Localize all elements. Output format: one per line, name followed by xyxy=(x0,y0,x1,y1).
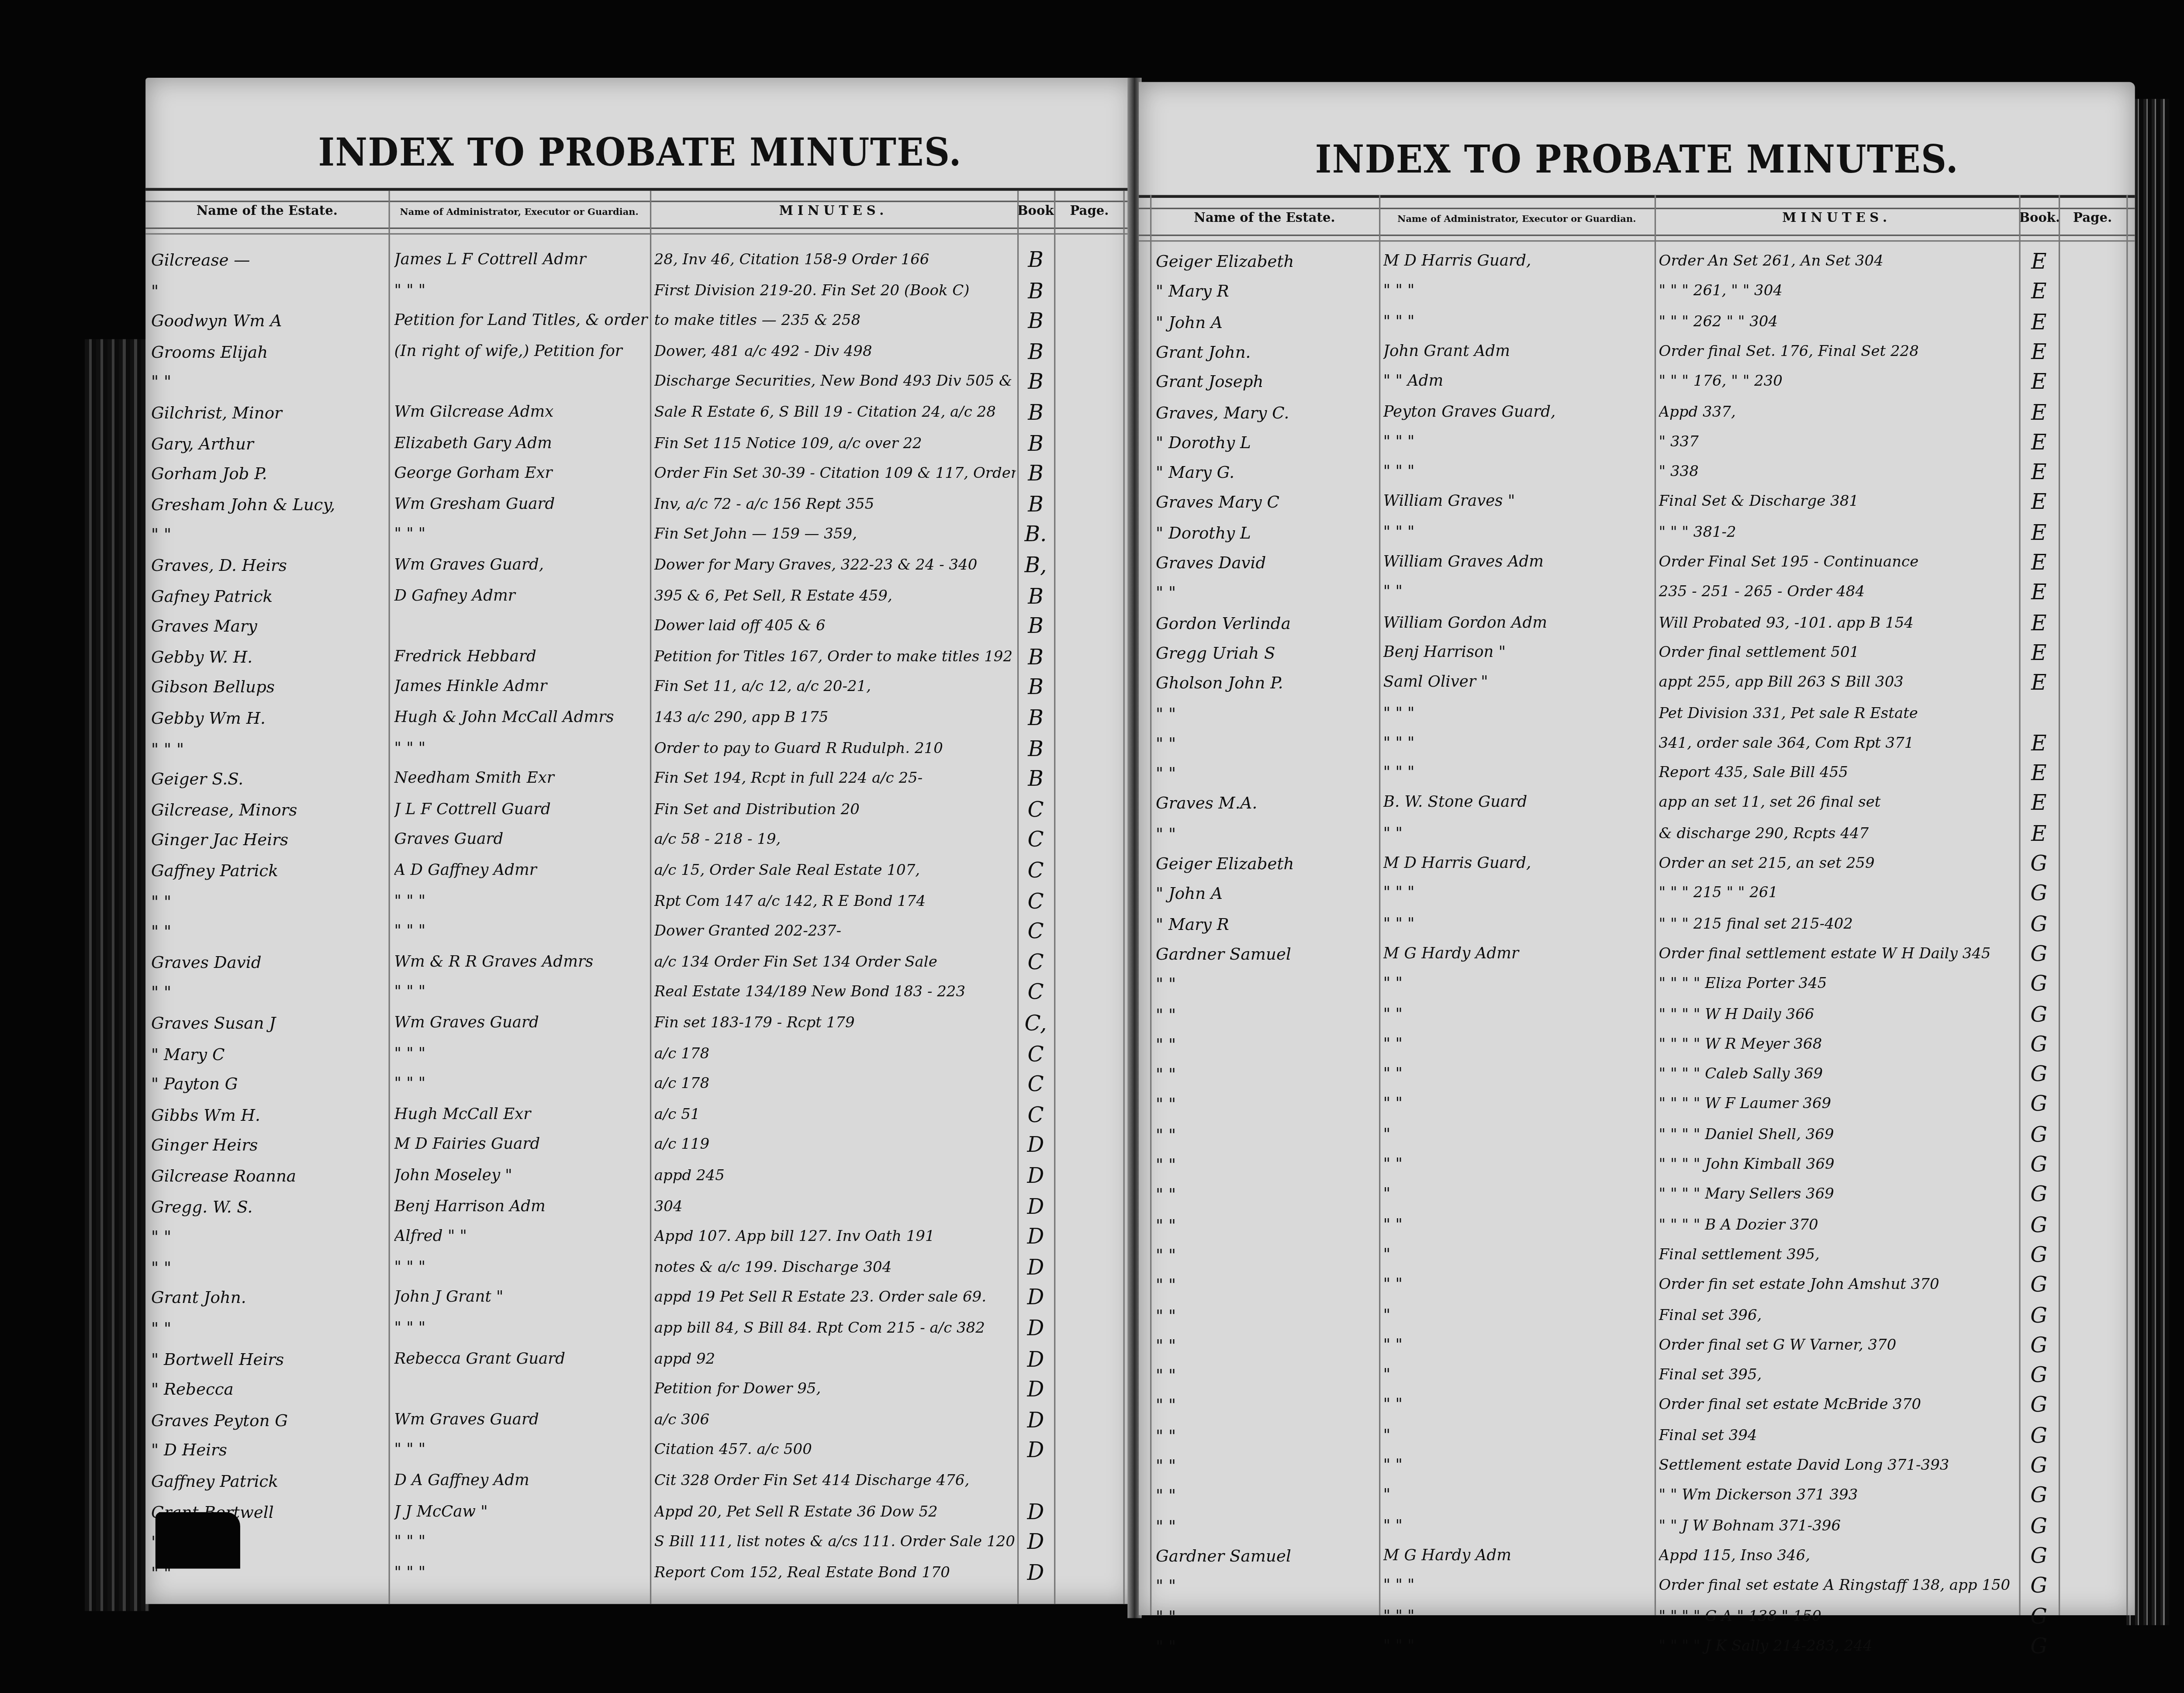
minutes-cell: " " " " Caleb Sally 369 xyxy=(1659,1059,2018,1090)
book-cell: B xyxy=(1017,641,1054,672)
minutes-cell: Order final set estate McBride 370 xyxy=(1659,1390,2018,1421)
ledger-entry-row: " " "" " "Order to pay to Guard R Rudulp… xyxy=(145,733,1134,764)
ledger-entry-row: Grant Joseph" " Adm" " " 176, " " 230E xyxy=(1139,366,2135,397)
book-cell: D xyxy=(1017,1374,1054,1405)
column-header-minutes: MINUTES. xyxy=(650,199,1017,225)
administrator-cell: " " " xyxy=(1383,728,1652,759)
ledger-entry-row: Graves, D. HeirsWm Graves Guard,Dower fo… xyxy=(145,550,1134,581)
ledger-entry-row: " "" "" " " " Caleb Sally 369G xyxy=(1139,1059,2135,1090)
estate-name-cell: " " xyxy=(1156,1420,1376,1451)
book-cell: C xyxy=(1017,825,1054,856)
ledger-entry-row: Gardner SamuelM G Hardy AdmAppd 115, Ins… xyxy=(1139,1540,2135,1571)
minutes-cell: Rpt Com 147 a/c 142, R E Bond 174 xyxy=(654,885,1016,916)
book-cell: D xyxy=(1017,1527,1054,1558)
minutes-cell: Dower for Mary Graves, 322-23 & 24 - 340 xyxy=(654,550,1016,581)
estate-name-cell: Graves Susan J xyxy=(151,1008,388,1039)
ledger-entry-row: " "" "Settlement estate David Long 371-3… xyxy=(1139,1450,2135,1481)
minutes-cell: Citation 457. a/c 500 xyxy=(654,1435,1016,1466)
estate-name-cell: " " xyxy=(151,1313,388,1344)
minutes-cell: Order fin set estate John Amshut 370 xyxy=(1659,1269,2018,1300)
book-cell: C xyxy=(1017,885,1054,916)
ledger-entry-row: Graves Susan JWm Graves GuardFin set 183… xyxy=(145,1008,1134,1039)
estate-name-cell: " " xyxy=(1156,698,1376,729)
estate-name-cell: Gilcrease Roanna xyxy=(151,1160,388,1191)
estate-name-cell: Gorham Job P. xyxy=(151,458,388,489)
administrator-cell: Fredrick Hebbard xyxy=(394,641,648,672)
minutes-cell: Order An Set 261, An Set 304 xyxy=(1659,246,2018,277)
ledger-entry-row: " "" "" " " " Eliza Porter 345G xyxy=(1139,968,2135,999)
book-cell: B xyxy=(1017,580,1054,611)
estate-name-cell: " Dorothy L xyxy=(1156,426,1376,457)
ledger-entry-row: " "" " "app bill 84, S Bill 84. Rpt Com … xyxy=(145,1313,1134,1344)
book-cell: G xyxy=(2019,1330,2059,1361)
estate-name-cell: Gresham John & Lucy, xyxy=(151,489,388,520)
administrator-cell: B. W. Stone Guard xyxy=(1383,788,1652,819)
minutes-cell: a/c 178 xyxy=(654,1069,1016,1100)
administrator-cell: " " " xyxy=(394,1038,648,1069)
ledger-entry-row: Gregg Uriah SBenj Harrison "Order final … xyxy=(1139,637,2135,668)
ledger-entry-row: " "" "Order final set G W Varner, 370G xyxy=(1139,1330,2135,1361)
estate-name-cell: " " xyxy=(1156,1330,1376,1361)
book-cell: G xyxy=(2019,1480,2059,1511)
book-cell: C xyxy=(1017,855,1054,886)
ledger-entry-row: " ""Final set 396,G xyxy=(1139,1299,2135,1330)
book-cell: E xyxy=(2019,517,2059,548)
book-cell: G xyxy=(2019,1239,2059,1270)
subheader-rule xyxy=(145,228,1134,235)
ledger-entry-row: " """ " " " Daniel Shell, 369G xyxy=(1139,1119,2135,1150)
book-cell: C xyxy=(1017,947,1054,978)
estate-name-cell: Graves, D. Heirs xyxy=(151,550,388,581)
book-cell: G xyxy=(2019,999,2059,1030)
book-cell: E xyxy=(2019,276,2059,307)
minutes-cell: a/c 134 Order Fin Set 134 Order Sale xyxy=(654,947,1016,978)
minutes-cell: Order Final Set 195 - Continuance xyxy=(1659,547,2018,578)
minutes-cell: a/c 119 xyxy=(654,1130,1016,1161)
column-header-estate: Name of the Estate. xyxy=(1150,206,1379,231)
estate-name-cell: " John A xyxy=(1156,306,1376,337)
ledger-entry-row: " "" "" " " " W R Meyer 368G xyxy=(1139,1029,2135,1060)
administrator-cell: William Graves " xyxy=(1383,487,1652,518)
administrator-cell: Elizabeth Gary Adm xyxy=(394,428,648,459)
ledger-entry-row: " "" "" " J W Bohnam 371-396G xyxy=(1139,1510,2135,1541)
minutes-cell: " " " " Daniel Shell, 369 xyxy=(1659,1119,2018,1150)
ledger-entry-row: " "" " "notes & a/c 199. Discharge 304D xyxy=(145,1252,1134,1283)
book-cell: G xyxy=(2019,1540,2059,1571)
estate-name-cell: " " xyxy=(151,519,388,550)
ledger-entry-row: Gilchrist, MinorWm Gilcrease AdmxSale R … xyxy=(145,397,1134,428)
book-cell: B xyxy=(1017,428,1054,459)
administrator-cell: Wm Gilcrease Admx xyxy=(394,397,648,428)
administrator-cell: Wm Graves Guard xyxy=(394,1008,648,1039)
column-header-page: Page. xyxy=(2059,206,2126,231)
book-cell: G xyxy=(2019,1420,2059,1451)
ledger-entry-row: " "" "& discharge 290, Rcpts 447E xyxy=(1139,818,2135,849)
book-cell: B xyxy=(1017,397,1054,428)
minutes-cell: Order final settlement estate W H Daily … xyxy=(1659,938,2018,969)
estate-name-cell: Gafney Patrick xyxy=(151,580,388,611)
minutes-cell: a/c 51 xyxy=(654,1099,1016,1130)
book-cell: B xyxy=(1017,305,1054,336)
minutes-cell: a/c 178 xyxy=(654,1038,1016,1069)
book-cell: C xyxy=(1017,916,1054,947)
administrator-cell: " " " xyxy=(394,1435,648,1466)
page-title: INDEX TO PROBATE MINUTES. xyxy=(185,131,1095,175)
estate-name-cell: " " xyxy=(1156,1089,1376,1120)
book-cell: G xyxy=(2019,1179,2059,1210)
ledger-entry-row: " """ " " " Mary Sellers 369G xyxy=(1139,1179,2135,1210)
minutes-cell: 143 a/c 290, app B 175 xyxy=(654,702,1016,733)
ledger-entry-row: " "" " "Report 435, Sale Bill 455E xyxy=(1139,757,2135,788)
ledger-entry-row: Gebby W. H.Fredrick HebbardPetition for … xyxy=(145,641,1134,672)
ledger-entry-row: Graves DavidWilliam Graves AdmOrder Fina… xyxy=(1139,547,2135,578)
minutes-cell: " " " 215 final set 215-402 xyxy=(1659,908,2018,939)
ledger-entry-row: Gafney PatrickD Gafney Admr395 & 6, Pet … xyxy=(145,580,1134,611)
column-header-estate: Name of the Estate. xyxy=(145,199,388,225)
book-cell: D xyxy=(1017,1130,1054,1161)
minutes-cell: " 337 xyxy=(1659,426,2018,457)
ledger-entry-row: Geiger S.S.Needham Smith ExrFin Set 194,… xyxy=(145,764,1134,795)
book-cell: E xyxy=(2019,788,2059,819)
administrator-cell: " " xyxy=(1383,1269,1652,1300)
book-cell: B xyxy=(1017,366,1054,397)
administrator-cell: Wm Graves Guard, xyxy=(394,550,648,581)
book-cell: G xyxy=(2019,908,2059,939)
minutes-cell: " " " " G A " 138 " 150 xyxy=(1659,1600,2018,1631)
minutes-cell: Pet Division 331, Pet sale R Estate xyxy=(1659,698,2018,729)
book-cell: G xyxy=(2019,1209,2059,1240)
administrator-cell: Wm Graves Guard xyxy=(394,1404,648,1435)
book-cell: G xyxy=(2019,878,2059,909)
ledger-entry-row: " "" "Order fin set estate John Amshut 3… xyxy=(1139,1269,2135,1300)
estate-name-cell: Grant Joseph xyxy=(1156,366,1376,397)
administrator-cell: Saml Oliver " xyxy=(1383,667,1652,698)
administrator-cell: D A Gaffney Adm xyxy=(394,1465,648,1496)
minutes-cell: " " " " W H Daily 366 xyxy=(1659,999,2018,1030)
estate-name-cell: Grooms Elijah xyxy=(151,336,388,367)
minutes-cell: Appd 107. App bill 127. Inv Oath 191 xyxy=(654,1221,1016,1252)
administrator-cell: John Moseley " xyxy=(394,1160,648,1191)
minutes-cell: Settlement estate David Long 371-393 xyxy=(1659,1450,2018,1481)
estate-name-cell: " " xyxy=(1156,1179,1376,1210)
book-cell: D xyxy=(1017,1313,1054,1344)
ledger-entry-row: " Mary R" " "" " " 261, " " 304E xyxy=(1139,276,2135,307)
book-cell: D xyxy=(1017,1557,1054,1588)
estate-name-cell: Geiger Elizabeth xyxy=(1156,246,1376,277)
column-header-minutes: MINUTES. xyxy=(1655,206,2019,231)
minutes-cell: a/c 306 xyxy=(654,1404,1016,1435)
book-cell: D xyxy=(1017,1404,1054,1435)
book-cell: G xyxy=(2019,1450,2059,1481)
minutes-cell: " " " " J K Sally 214-283, 244 xyxy=(1659,1631,2018,1662)
ledger-scan: INDEX TO PROBATE MINUTES. Name of the Es… xyxy=(0,0,2184,1693)
administrator-cell: " " xyxy=(1383,968,1652,999)
ledger-entry-row: " "" "" " " " W F Laumer 369G xyxy=(1139,1089,2135,1120)
estate-name-cell: " " xyxy=(151,1252,388,1283)
estate-name-cell: " " xyxy=(1156,1029,1376,1060)
administrator-cell: " " " xyxy=(1383,878,1652,909)
estate-name-cell: " " xyxy=(1156,1209,1376,1240)
administrator-cell: " " " xyxy=(1383,456,1652,487)
estate-name-cell: " " xyxy=(1156,1570,1376,1601)
minutes-cell: a/c 15, Order Sale Real Estate 107, xyxy=(654,855,1016,886)
minutes-cell: a/c 58 - 218 - 19, xyxy=(654,825,1016,856)
minutes-cell: Report Com 152, Real Estate Bond 170 xyxy=(654,1557,1016,1588)
book-cell: G xyxy=(2019,1149,2059,1180)
book-cell: E xyxy=(2019,456,2059,487)
administrator-cell: Hugh McCall Exr xyxy=(394,1099,648,1130)
estate-name-cell: Gilchrist, Minor xyxy=(151,397,388,428)
left-ledger-page: INDEX TO PROBATE MINUTES. Name of the Es… xyxy=(145,78,1134,1604)
minutes-cell: Final set 396, xyxy=(1659,1299,2018,1330)
minutes-cell: " " " 381-2 xyxy=(1659,517,2018,548)
minutes-cell: 341, order sale 364, Com Rpt 371 xyxy=(1659,728,2018,759)
ledger-entry-row: " Dorothy L" " "" " " 381-2E xyxy=(1139,517,2135,548)
minutes-cell: Order final set estate A Ringstaff 138, … xyxy=(1659,1570,2018,1601)
estate-name-cell: " Rebecca xyxy=(151,1374,388,1405)
minutes-cell: Final set 394 xyxy=(1659,1420,2018,1451)
minutes-cell: Fin Set John — 159 — 359, xyxy=(654,519,1016,550)
estate-name-cell: Gebby W. H. xyxy=(151,641,388,672)
book-cell: B xyxy=(1017,733,1054,764)
minutes-cell: Sale R Estate 6, S Bill 19 - Citation 24… xyxy=(654,397,1016,428)
book-cell: G xyxy=(2019,1600,2059,1631)
ledger-entry-row: " Bortwell HeirsRebecca Grant Guardappd … xyxy=(145,1344,1134,1375)
estate-name-cell: " " xyxy=(151,366,388,397)
ledger-entry-row: "" " "First Division 219-20. Fin Set 20 … xyxy=(145,275,1134,306)
book-cell: E xyxy=(2019,246,2059,277)
administrator-cell: " " " xyxy=(1383,306,1652,337)
administrator-cell: " " " xyxy=(1383,1631,1652,1662)
administrator-cell: " " " xyxy=(394,1527,648,1558)
ledger-entry-row: Graves Peyton GWm Graves Guarda/c 306D xyxy=(145,1404,1134,1435)
minutes-cell: First Division 219-20. Fin Set 20 (Book … xyxy=(654,275,1016,306)
book-cell: B. xyxy=(1017,519,1054,550)
ledger-entry-row: Gary, ArthurElizabeth Gary AdmFin Set 11… xyxy=(145,428,1134,459)
minutes-cell: Report 435, Sale Bill 455 xyxy=(1659,757,2018,788)
minutes-cell: Appd 115, Inso 346, xyxy=(1659,1540,2018,1571)
book-cell: E xyxy=(2019,426,2059,457)
minutes-cell: Final settlement 395, xyxy=(1659,1239,2018,1270)
book-cell: B, xyxy=(1017,550,1054,581)
ledger-entry-row: " "" " "Real Estate 134/189 New Bond 183… xyxy=(145,977,1134,1008)
estate-name-cell: Gaffney Patrick xyxy=(151,855,388,886)
estate-name-cell: " " xyxy=(151,1221,388,1252)
estate-name-cell: " Payton G xyxy=(151,1069,388,1100)
book-cell: B xyxy=(1017,336,1054,367)
minutes-cell: Fin Set 194, Rcpt in full 224 a/c 25- xyxy=(654,764,1016,795)
book-cell: C xyxy=(1017,977,1054,1008)
administrator-cell: George Gorham Exr xyxy=(394,458,648,489)
left-fore-edge xyxy=(85,339,150,1611)
book-cell: G xyxy=(2019,1269,2059,1300)
book-cell: E xyxy=(2019,577,2059,608)
torn-page-corner xyxy=(156,1512,240,1569)
minutes-cell: Final Set & Discharge 381 xyxy=(1659,487,2018,518)
administrator-cell: John J Grant " xyxy=(394,1282,648,1313)
ledger-entry-row: " "" " "Fin Set John — 159 — 359,B. xyxy=(145,519,1134,550)
minutes-cell: Appd 337, xyxy=(1659,397,2018,428)
ledger-entry-row: Gresham John & Lucy,Wm Gresham GuardInv,… xyxy=(145,489,1134,520)
estate-name-cell: Gholson John P. xyxy=(1156,667,1376,698)
minutes-cell: Discharge Securities, New Bond 493 Div 5… xyxy=(654,366,1016,397)
estate-name-cell: Gilcrease — xyxy=(151,245,388,276)
book-cell: G xyxy=(2019,1029,2059,1060)
ledger-entry-row: Graves, Mary C.Peyton Graves Guard,Appd … xyxy=(1139,397,2135,428)
estate-name-cell: Gibbs Wm H. xyxy=(151,1099,388,1130)
estate-name-cell: " " xyxy=(151,916,388,947)
book-cell: E xyxy=(2019,818,2059,849)
administrator-cell: " " " xyxy=(394,275,648,306)
administrator-cell: " xyxy=(1383,1119,1652,1150)
ledger-entry-row: Gorham Job P.George Gorham ExrOrder Fin … xyxy=(145,458,1134,489)
ledger-entry-row: Graves DavidWm & R R Graves Admrsa/c 134… xyxy=(145,947,1134,978)
minutes-cell: Order final set G W Varner, 370 xyxy=(1659,1330,2018,1361)
minutes-cell: Order final Set. 176, Final Set 228 xyxy=(1659,336,2018,367)
administrator-cell: " " xyxy=(1383,1450,1652,1481)
page-title: INDEX TO PROBATE MINUTES. xyxy=(1178,138,2095,182)
ledger-entry-row: Gregg. W. S.Benj Harrison Adm304D xyxy=(145,1191,1134,1222)
administrator-cell: " " xyxy=(1383,999,1652,1030)
administrator-cell: " xyxy=(1383,1420,1652,1451)
ledger-entry-row: " John A" " "" " " 262 " " 304E xyxy=(1139,306,2135,337)
administrator-cell: " " " xyxy=(1383,757,1652,788)
book-cell: E xyxy=(2019,306,2059,337)
estate-name-cell: Gardner Samuel xyxy=(1156,1540,1376,1571)
administrator-cell: " " " xyxy=(394,1069,648,1100)
book-cell: E xyxy=(2019,487,2059,518)
ledger-entry-row: Geiger ElizabethM D Harris Guard,Order A… xyxy=(1139,246,2135,277)
minutes-cell: Fin Set 11, a/c 12, a/c 20-21, xyxy=(654,672,1016,703)
administrator-cell: " " " xyxy=(394,1252,648,1283)
minutes-cell: 304 xyxy=(654,1191,1016,1222)
administrator-cell: J L F Cottrell Guard xyxy=(394,794,648,825)
administrator-cell: (In right of wife,) Petition for xyxy=(394,336,648,367)
administrator-cell: " " xyxy=(1383,1149,1652,1180)
estate-name-cell: Gaffney Patrick xyxy=(151,1465,388,1496)
minutes-cell: " 338 xyxy=(1659,456,2018,487)
book-cell: G xyxy=(2019,1510,2059,1541)
administrator-cell: William Gordon Adm xyxy=(1383,607,1652,638)
book-cell: E xyxy=(2019,547,2059,578)
ledger-entry-row: " ""Final settlement 395,G xyxy=(1139,1239,2135,1270)
right-ledger-page: INDEX TO PROBATE MINUTES. Name of the Es… xyxy=(1139,82,2135,1615)
ledger-entry-row: Goodwyn Wm APetition for Land Titles, & … xyxy=(145,305,1134,336)
ledger-entry-row: " "" " "Pet Division 331, Pet sale R Est… xyxy=(1139,698,2135,729)
book-cell: E xyxy=(2019,366,2059,397)
book-cell: D xyxy=(1017,1282,1054,1313)
estate-name-cell: " Mary C xyxy=(151,1038,388,1069)
minutes-cell: Order to pay to Guard R Rudulph. 210 xyxy=(654,733,1016,764)
administrator-cell: " " " xyxy=(394,519,648,550)
estate-name-cell: Grant John. xyxy=(1156,336,1376,367)
minutes-cell: appd 245 xyxy=(654,1160,1016,1191)
minutes-cell: Final set 395, xyxy=(1659,1360,2018,1391)
administrator-cell: Peyton Graves Guard, xyxy=(1383,397,1652,428)
administrator-cell: " " " xyxy=(394,977,648,1008)
administrator-cell: " xyxy=(1383,1179,1652,1210)
minutes-cell: appd 19 Pet Sell R Estate 23. Order sale… xyxy=(654,1282,1016,1313)
minutes-cell: S Bill 111, list notes & a/cs 111. Order… xyxy=(654,1527,1016,1558)
ledger-entry-row: " RebeccaPetition for Dower 95,D xyxy=(145,1374,1134,1405)
administrator-cell: " " " xyxy=(394,733,648,764)
estate-name-cell: Gilcrease, Minors xyxy=(151,794,388,825)
administrator-cell: Hugh & John McCall Admrs xyxy=(394,702,648,733)
estate-name-cell: " " xyxy=(1156,1600,1376,1631)
book-cell: B xyxy=(1017,611,1054,642)
book-cell: G xyxy=(2019,1299,2059,1330)
ledger-entry-row: Gordon VerlindaWilliam Gordon AdmWill Pr… xyxy=(1139,607,2135,638)
ledger-entry-row: " "" " "Rpt Com 147 a/c 142, R E Bond 17… xyxy=(145,885,1134,916)
estate-name-cell: " D Heirs xyxy=(151,1435,388,1466)
minutes-cell: " " " " John Kimball 369 xyxy=(1659,1149,2018,1180)
ledger-entry-row: Gardner SamuelM G Hardy AdmrOrder final … xyxy=(1139,938,2135,969)
minutes-cell: Real Estate 134/189 New Bond 183 - 223 xyxy=(654,977,1016,1008)
estate-name-cell: " " xyxy=(1156,1299,1376,1330)
administrator-cell: John Grant Adm xyxy=(1383,336,1652,367)
estate-name-cell: Gary, Arthur xyxy=(151,428,388,459)
estate-name-cell: Gardner Samuel xyxy=(1156,938,1376,969)
administrator-cell: " xyxy=(1383,1360,1652,1391)
administrator-cell: " " " xyxy=(1383,698,1652,729)
ledger-entry-row: " Mary R" " "" " " 215 final set 215-402… xyxy=(1139,908,2135,939)
book-cell: G xyxy=(2019,1360,2059,1391)
book-cell: B xyxy=(1017,275,1054,306)
minutes-cell: " " " " W R Meyer 368 xyxy=(1659,1029,2018,1060)
estate-name-cell: " " xyxy=(1156,1360,1376,1391)
ledger-entry-row: " "" " "" " " " J K Sally 214-283, 244G xyxy=(1139,1631,2135,1662)
book-cell: G xyxy=(2019,1059,2059,1090)
administrator-cell: Wm & R R Graves Admrs xyxy=(394,947,648,978)
ledger-entry-row: Graves Mary CWilliam Graves "Final Set &… xyxy=(1139,487,2135,518)
column-header-admin: Name of Administrator, Executor or Guard… xyxy=(1379,206,1655,231)
minutes-cell: Fin Set 115 Notice 109, a/c over 22 xyxy=(654,428,1016,459)
administrator-cell: " " xyxy=(1383,818,1652,849)
minutes-cell: to make titles — 235 & 258 xyxy=(654,305,1016,336)
estate-name-cell: " " " xyxy=(151,733,388,764)
administrator-cell: M G Hardy Adm xyxy=(1383,1540,1652,1571)
column-header-book: Book. xyxy=(2019,206,2059,231)
administrator-cell: William Graves Adm xyxy=(1383,547,1652,578)
administrator-cell: Benj Harrison Adm xyxy=(394,1191,648,1222)
minutes-cell: Will Probated 93, -101. app B 154 xyxy=(1659,607,2018,638)
book-cell: E xyxy=(2019,757,2059,788)
ledger-entry-row: " "" "Order final set estate McBride 370… xyxy=(1139,1390,2135,1421)
administrator-cell: M G Hardy Admr xyxy=(1383,938,1652,969)
estate-name-cell: " Bortwell Heirs xyxy=(151,1344,388,1375)
minutes-cell: app bill 84, S Bill 84. Rpt Com 215 - a/… xyxy=(654,1313,1016,1344)
administrator-cell: " " " xyxy=(394,885,648,916)
estate-name-cell: " " xyxy=(1156,968,1376,999)
estate-name-cell: " Mary R xyxy=(1156,908,1376,939)
book-cell: C xyxy=(1017,1038,1054,1069)
ledger-entry-row: Grant John.John Grant AdmOrder final Set… xyxy=(1139,336,2135,367)
administrator-cell: " " " xyxy=(1383,1600,1652,1631)
ledger-entry-row: " "" " "Order final set estate A Ringsta… xyxy=(1139,1570,2135,1601)
column-header-page: Page. xyxy=(1054,199,1125,225)
ledger-entry-row: " Payton G" " "a/c 178C xyxy=(145,1069,1134,1100)
minutes-cell: Fin Set and Distribution 20 xyxy=(654,794,1016,825)
book-cell: E xyxy=(2019,728,2059,759)
ledger-entry-row: " "" " "Report Com 152, Real Estate Bond… xyxy=(145,1557,1134,1588)
book-cell: G xyxy=(2019,1089,2059,1120)
estate-name-cell: Ginger Heirs xyxy=(151,1130,388,1161)
ledger-entry-row: Gholson John P.Saml Oliver "appt 255, ap… xyxy=(1139,667,2135,698)
ledger-entry-row: " """ " Wm Dickerson 371 393G xyxy=(1139,1480,2135,1511)
administrator-cell: " " xyxy=(1383,1390,1652,1421)
estate-name-cell: Grant John. xyxy=(151,1282,388,1313)
estate-name-cell: " " xyxy=(1156,1450,1376,1481)
